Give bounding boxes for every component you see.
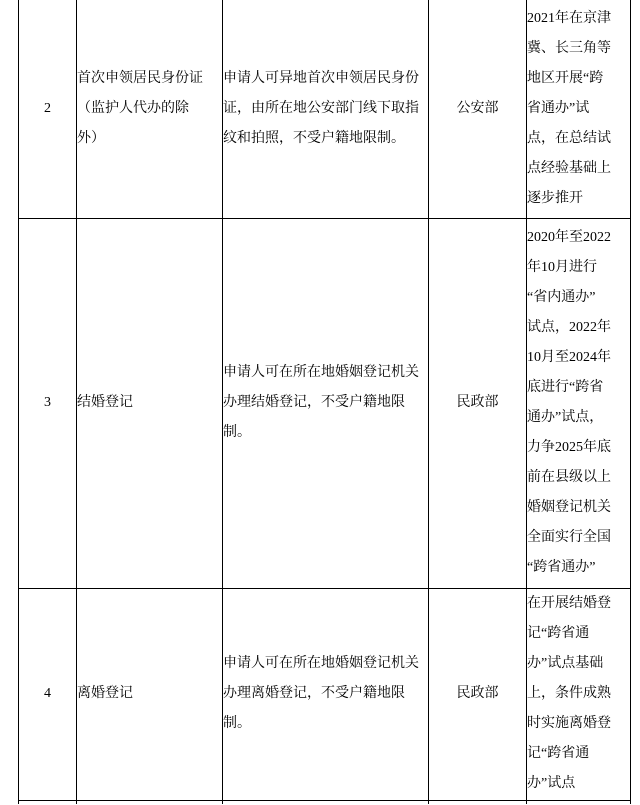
- row-number-cell: 2: [19, 0, 77, 218]
- item-name-cell: 离婚登记: [77, 588, 223, 800]
- department-cell: [429, 800, 527, 804]
- handling-method-cell: 申请人可异地首次申领居民身份 证，由所在地公安部门线下取指 纹和拍照，不受户籍地…: [223, 0, 429, 218]
- row-number-cell: 4: [19, 588, 77, 800]
- row-number-cell: [19, 800, 77, 804]
- schedule-cell: [527, 800, 631, 804]
- next-row-stub: [19, 800, 631, 804]
- table-row: 3 结婚登记 申请人可在所在地婚姻登记机关 办理结婚登记，不受户籍地限 制。 民…: [19, 218, 631, 588]
- schedule-cell: 2021年在京津 冀、长三角等 地区开展“跨 省通办”试 点，在总结试 点经验基…: [527, 0, 631, 218]
- department-cell: 民政部: [429, 218, 527, 588]
- item-name-cell: [77, 800, 223, 804]
- item-name-cell: 结婚登记: [77, 218, 223, 588]
- handling-method-cell: 申请人可在所在地婚姻登记机关 办理结婚登记，不受户籍地限 制。: [223, 218, 429, 588]
- schedule-cell: 在开展结婚登 记“跨省通 办”试点基础 上，条件成熟 时实施离婚登 记“跨省通 …: [527, 588, 631, 800]
- handling-method-cell: [223, 800, 429, 804]
- schedule-cell: 2020年至2022 年10月进行 “省内通办” 试点，2022年 10月至20…: [527, 218, 631, 588]
- cross-province-services-table: 2 首次申领居民身份证 （监护人代办的除 外） 申请人可异地首次申领居民身份 证…: [18, 0, 631, 804]
- row-number-cell: 3: [19, 218, 77, 588]
- table-row: 4 离婚登记 申请人可在所在地婚姻登记机关 办理离婚登记，不受户籍地限 制。 民…: [19, 588, 631, 800]
- document-page: { "table": { "rows": [ { "no": "2", "ite…: [0, 0, 640, 805]
- handling-method-cell: 申请人可在所在地婚姻登记机关 办理离婚登记，不受户籍地限 制。: [223, 588, 429, 800]
- department-cell: 民政部: [429, 588, 527, 800]
- department-cell: 公安部: [429, 0, 527, 218]
- item-name-cell: 首次申领居民身份证 （监护人代办的除 外）: [77, 0, 223, 218]
- table-row: 2 首次申领居民身份证 （监护人代办的除 外） 申请人可异地首次申领居民身份 证…: [19, 0, 631, 218]
